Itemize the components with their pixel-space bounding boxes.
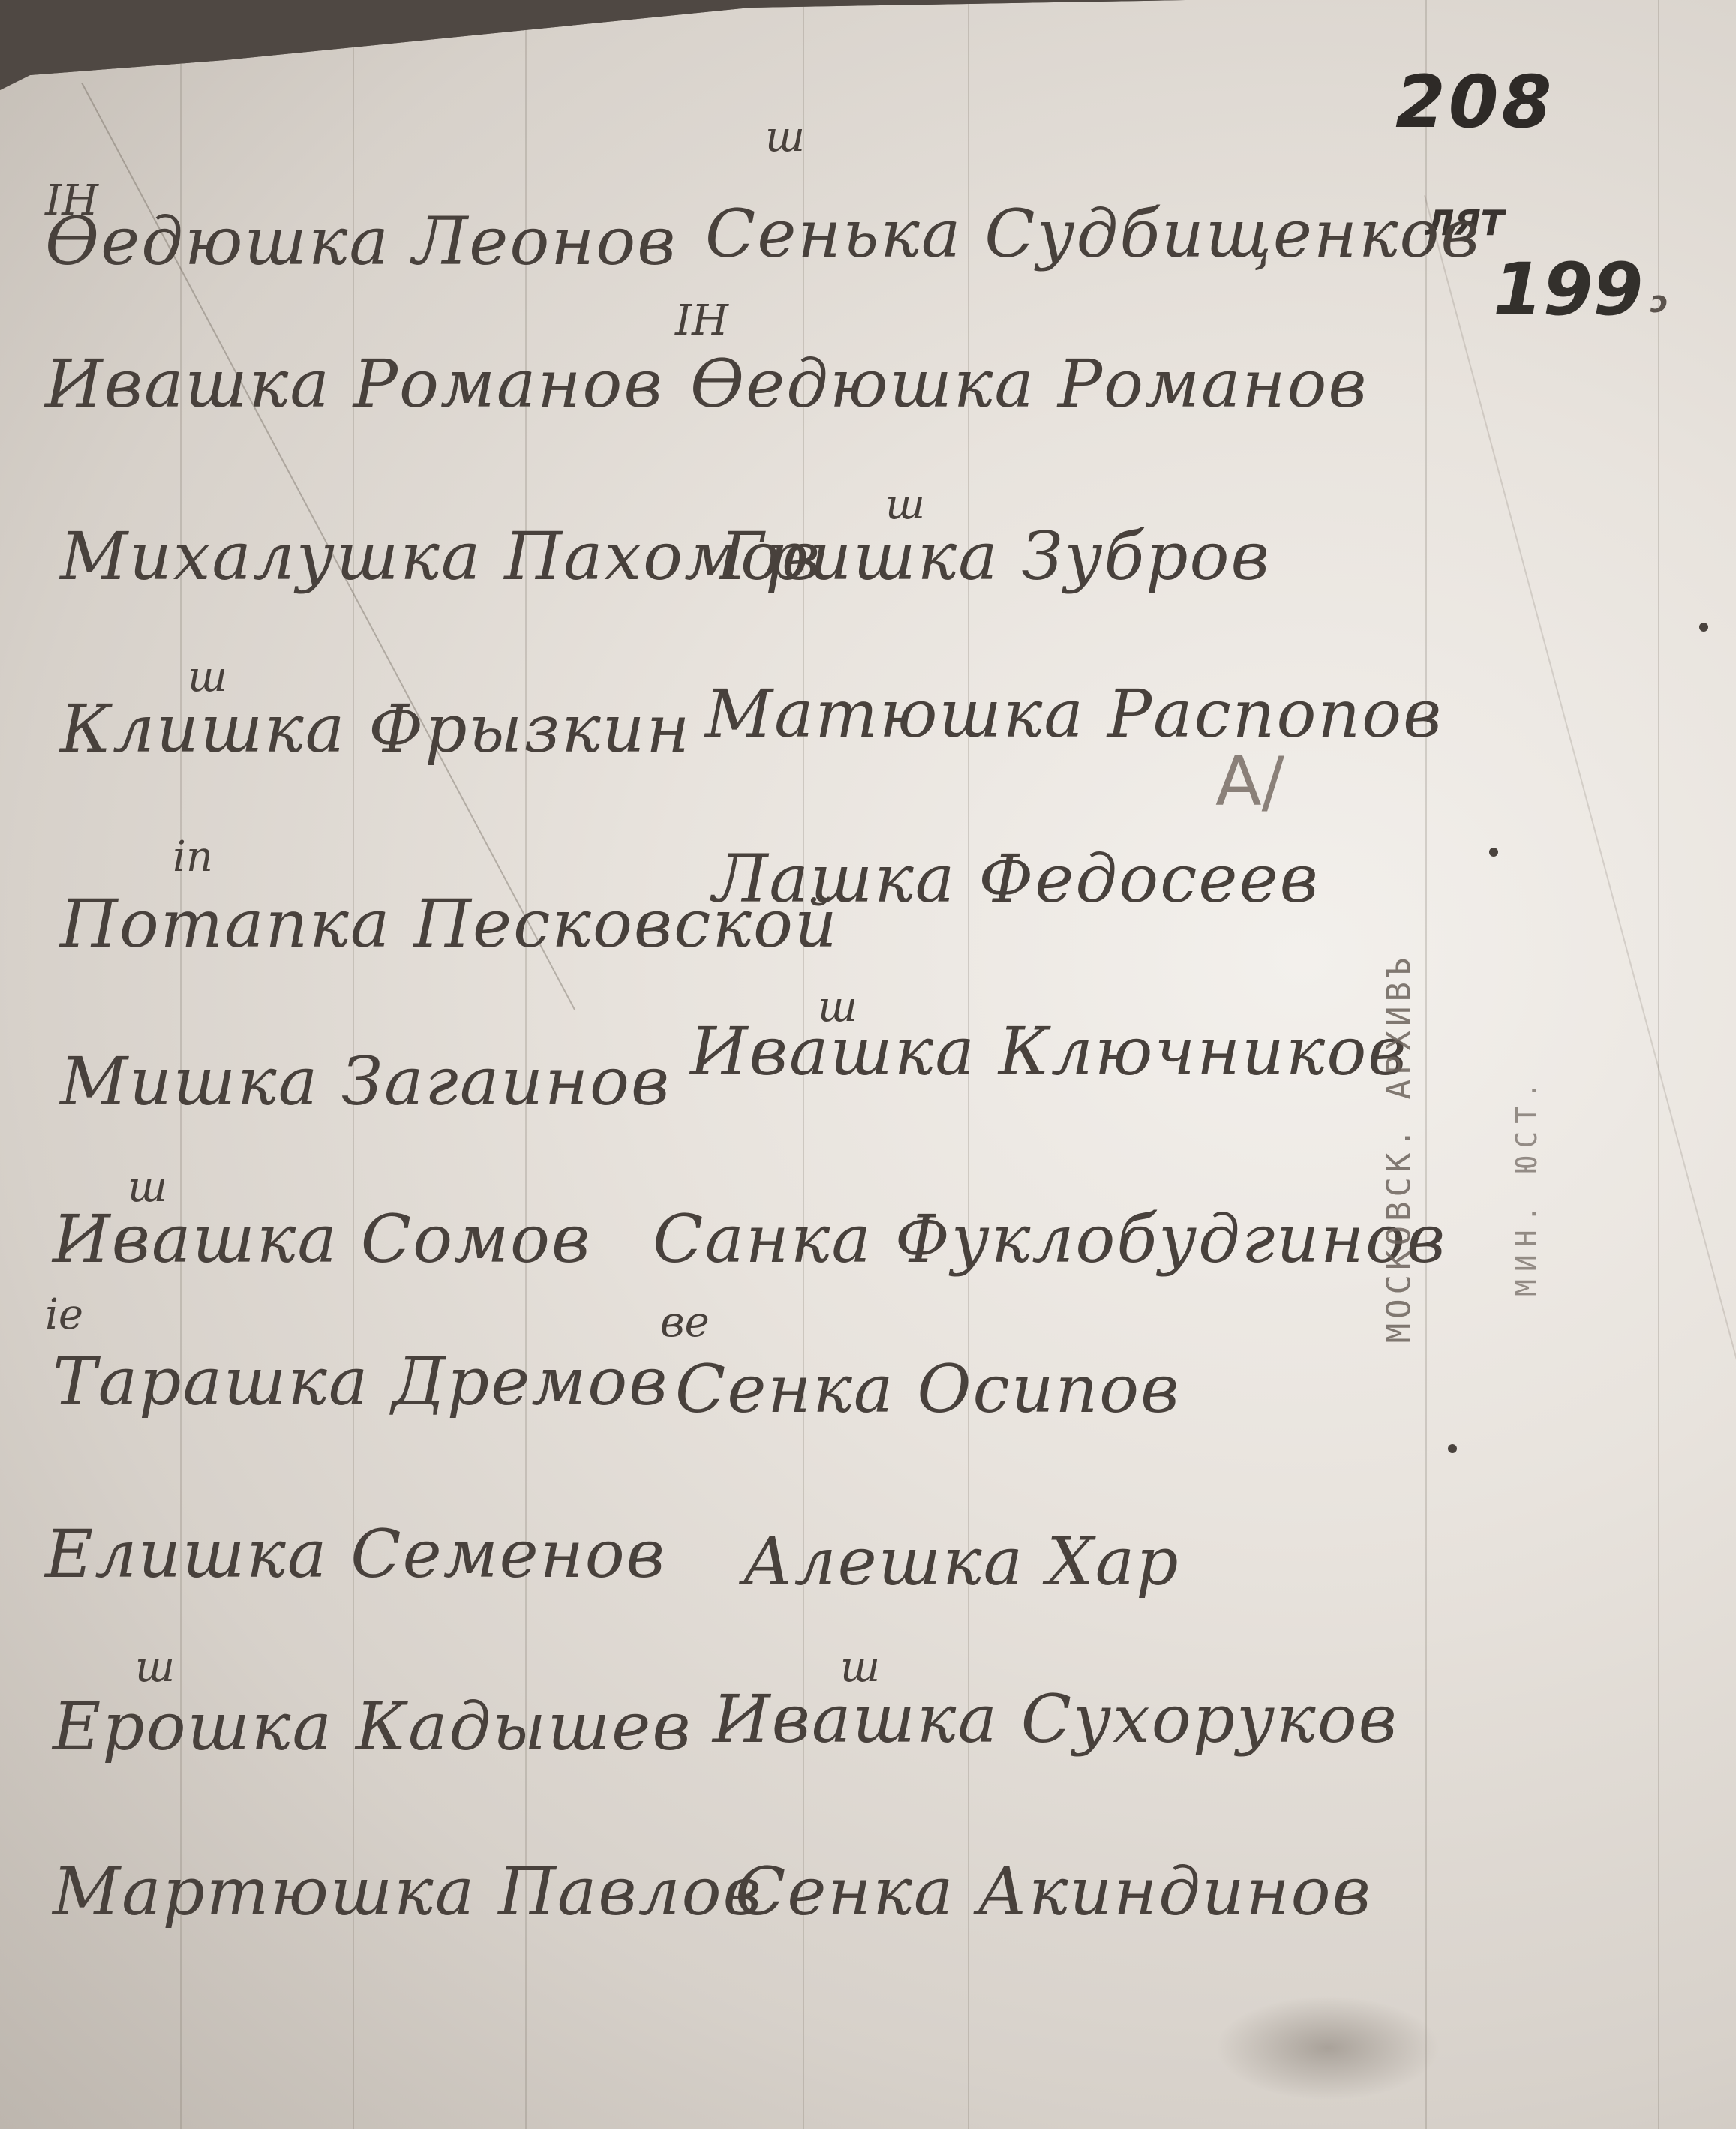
manuscript-page: 208 ЛЯТ 199 ↄ А/ ІН Ѳедюшка Леонов Ивашк… xyxy=(0,0,1736,2129)
list-item: Елишка Семенов xyxy=(45,1515,666,1593)
list-item: Алешка Хар xyxy=(743,1523,1180,1600)
list-item: Ивашка Сомов xyxy=(53,1200,591,1278)
folio-number: 208 xyxy=(1395,60,1554,144)
list-item: Сенка Осипов xyxy=(675,1350,1180,1428)
list-item: Ивашка Романов xyxy=(45,345,664,422)
list-item: Михалушка Пахомов xyxy=(60,518,821,595)
ink-dot xyxy=(1489,848,1498,857)
old-folio-paren: ↄ xyxy=(1650,285,1668,320)
list-item: Ерошка Кадышев xyxy=(53,1688,692,1765)
list-item: Лашка Федосеев xyxy=(713,840,1320,917)
list-item: Сенка Акиндинов xyxy=(735,1853,1372,1930)
list-item: Тарашка Дремов xyxy=(53,1343,668,1420)
entry-superscript: ш xyxy=(135,1643,175,1692)
old-folio-number: 199 xyxy=(1493,248,1643,332)
entry-superscript: іе xyxy=(45,1290,83,1339)
list-item: Клишка Фрызкин xyxy=(60,690,691,767)
entry-superscript: ве xyxy=(660,1298,710,1347)
list-item: Мартюшка Павлов xyxy=(53,1853,763,1930)
archive-stamp-text: МОСКОВСК. АРХИВЪ xyxy=(1380,953,1419,1343)
list-item: Мишка Загаинов xyxy=(60,1043,671,1120)
list-item: Ивашка Ключников xyxy=(690,1013,1408,1090)
ink-smudge xyxy=(1215,1995,1440,2100)
paper-crease xyxy=(1424,195,1736,2079)
entry-superscript: іп xyxy=(173,833,213,881)
entry-superscript: ш xyxy=(765,113,805,161)
entry-superscript: ІН xyxy=(675,296,728,345)
ink-dot xyxy=(1448,1444,1457,1453)
list-item: Ивашка Сухоруков xyxy=(713,1680,1398,1758)
list-item: Матюшка Распопов xyxy=(705,675,1443,752)
list-item: Санка Фуклобудгинов xyxy=(653,1200,1446,1278)
archive-stamp-text-secondary: МИН. ЮСТ. xyxy=(1510,1074,1543,1296)
archive-stamp-secondary: МИН. ЮСТ. xyxy=(1493,975,1560,1395)
list-item: Сенька Судбищенков xyxy=(705,195,1481,272)
ink-dot xyxy=(1699,623,1708,632)
list-item: Гришка Зубров xyxy=(720,518,1271,595)
archive-stamp: МОСКОВСК. АРХИВЪ xyxy=(1365,938,1433,1358)
list-item: Ѳедюшка Романов xyxy=(690,345,1368,422)
pencil-mark: А/ xyxy=(1215,743,1284,821)
list-item: Ѳедюшка Леонов xyxy=(45,203,677,280)
